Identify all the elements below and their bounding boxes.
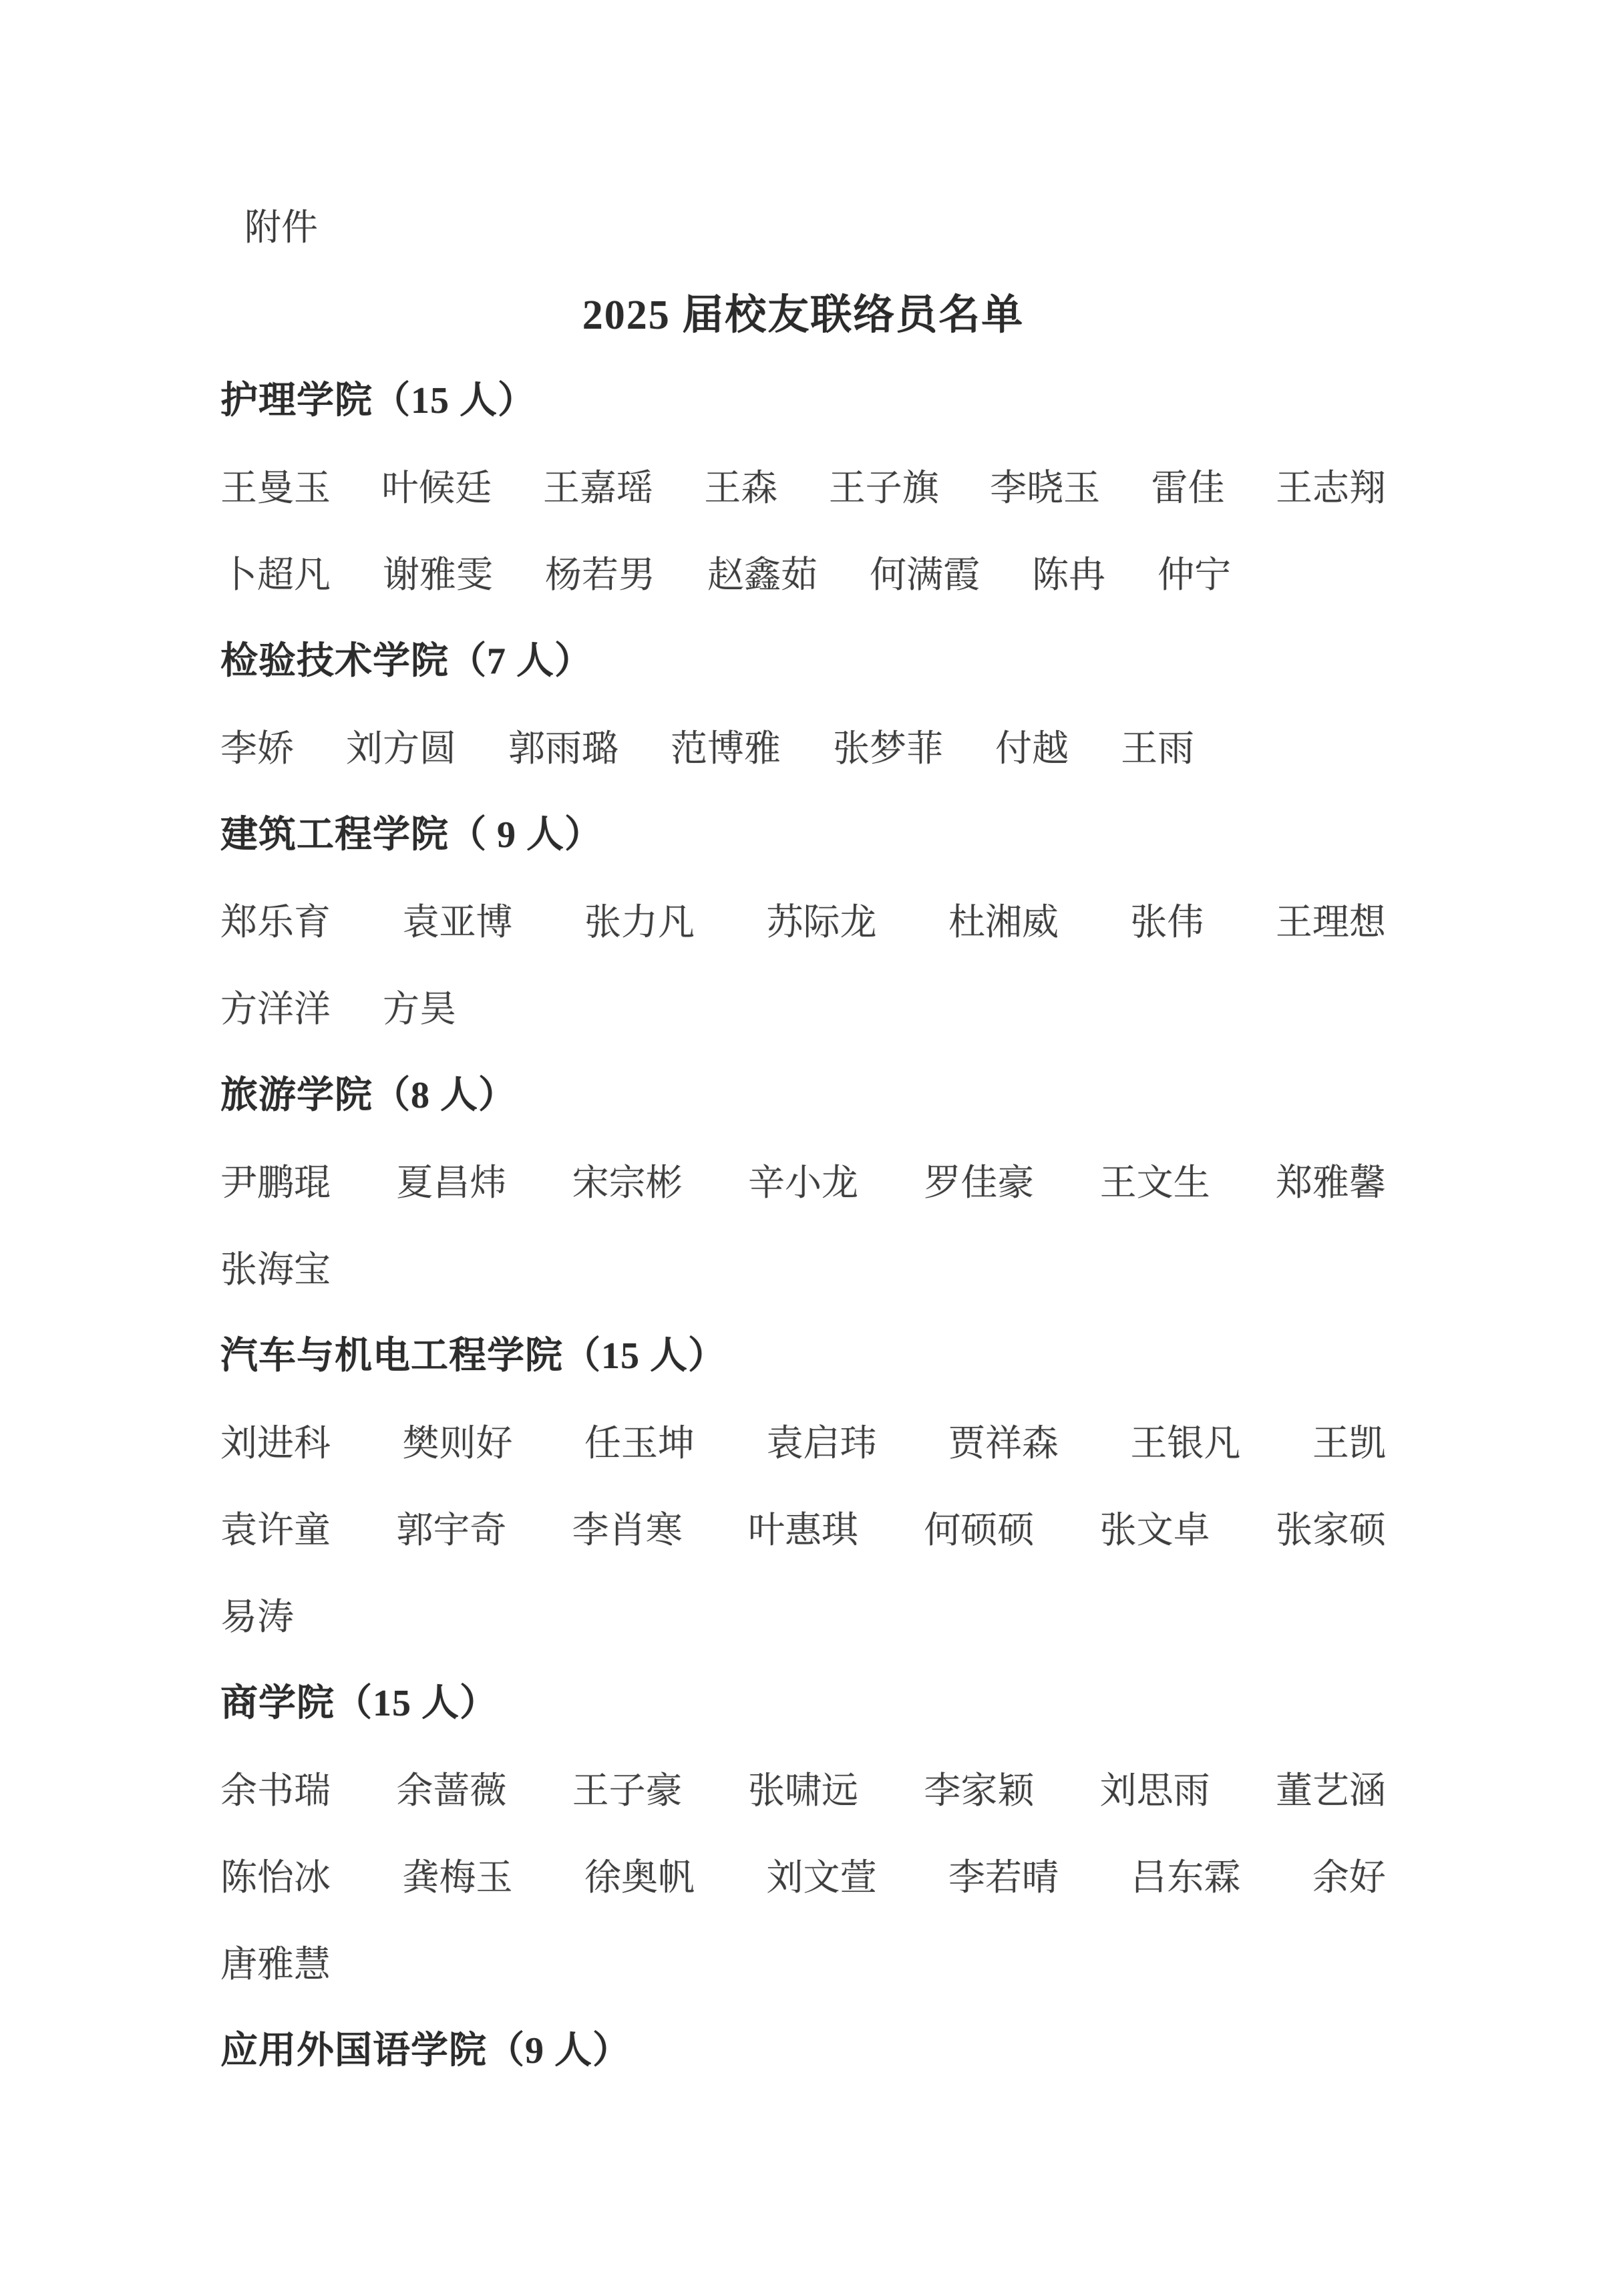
person-name: 郑乐育: [220, 892, 331, 945]
names-row: 刘进科樊则好任玉坤袁启玮贾祥森王银凡王凯: [220, 1414, 1386, 1466]
person-name: 辛小龙: [748, 1153, 858, 1206]
section-heading: 旅游学院（8 人）: [220, 1065, 516, 1119]
person-name: 仲宁: [1157, 545, 1231, 598]
names-row: 尹鹏琨夏昌炜宋宗彬辛小龙罗佳豪王文生郑雅馨: [220, 1153, 1386, 1206]
person-name: 郭宇奇: [396, 1500, 506, 1553]
person-name: 杨若男: [545, 545, 655, 598]
person-name: 何满霞: [870, 545, 980, 598]
title-line: 2025 届校友联络员名单: [220, 267, 1386, 354]
person-name: 赵鑫茹: [707, 545, 818, 598]
person-name: 付越: [995, 719, 1069, 772]
person-name: 陈冉: [1032, 545, 1105, 598]
person-name: 余书瑞: [220, 1761, 331, 1814]
person-name: 刘文萱: [766, 1848, 876, 1901]
person-name: 张力凡: [584, 892, 695, 945]
section-heading: 应用外国语学院（9 人）: [220, 2021, 631, 2074]
person-name: 王子旗: [829, 458, 939, 511]
names-row: 张海宝: [220, 1240, 1386, 1293]
person-name: 易涛: [220, 1587, 294, 1640]
person-name: 袁许童: [220, 1500, 331, 1553]
names-row: 郑乐育袁亚博张力凡苏际龙杜湘威张伟王理想: [220, 892, 1386, 945]
document-page: 附件 2025 届校友联络员名单 护理学院（15 人） 王曼玉叶候廷王嘉瑶王森王…: [0, 0, 1609, 2296]
person-name: 王森: [704, 458, 777, 511]
person-name: 任玉坤: [584, 1414, 695, 1466]
names-row: 余书瑞余蔷薇王子豪张啸远李家颖刘思雨董艺涵: [220, 1761, 1386, 1814]
names-row: 王曼玉叶候廷王嘉瑶王森王子旗李晓玉雷佳王志翔: [220, 458, 1386, 511]
person-name: 夏昌炜: [396, 1153, 506, 1206]
person-name: 李娇: [220, 719, 294, 772]
section-heading: 商学院（15 人）: [220, 1673, 498, 1727]
person-name: 叶惠琪: [748, 1500, 858, 1553]
person-name: 范博雅: [671, 719, 781, 772]
person-name: 王理想: [1276, 892, 1386, 945]
person-name: 刘进科: [220, 1414, 331, 1466]
section-heading-line: 检验技术学院（7 人）: [220, 615, 1386, 701]
person-name: 樊则好: [402, 1414, 512, 1466]
person-name: 张啸远: [748, 1761, 858, 1814]
person-name: 张伟: [1130, 892, 1204, 945]
person-name: 张文卓: [1100, 1500, 1210, 1553]
person-name: 张海宝: [220, 1240, 331, 1293]
person-name: 徐奥帆: [584, 1848, 695, 1901]
person-name: 董艺涵: [1276, 1761, 1386, 1814]
names-row: 唐雅慧: [220, 1935, 1386, 1987]
person-name: 王子豪: [572, 1761, 683, 1814]
person-name: 郭雨璐: [508, 719, 618, 772]
names-row: 陈怡冰龚梅玉徐奥帆刘文萱李若晴吕东霖余好: [220, 1848, 1386, 1901]
person-name: 李肖寒: [572, 1500, 683, 1553]
person-name: 陈怡冰: [220, 1848, 331, 1901]
person-name: 贾祥森: [948, 1414, 1059, 1466]
person-name: 张梦菲: [833, 719, 943, 772]
person-name: 罗佳豪: [924, 1153, 1034, 1206]
person-name: 苏际龙: [766, 892, 876, 945]
section-heading: 建筑工程学院（ 9 人）: [220, 805, 602, 858]
section-heading-line: 汽车与机电工程学院（15 人）: [220, 1309, 1386, 1396]
person-name: 李家颖: [924, 1761, 1034, 1814]
person-name: 方洋洋: [220, 979, 331, 1032]
person-name: 何硕硕: [924, 1500, 1034, 1553]
person-name: 刘方圆: [346, 719, 456, 772]
names-row: 易涛: [220, 1587, 1386, 1640]
section-heading-line: 应用外国语学院（9 人）: [220, 2004, 1386, 2091]
person-name: 刘思雨: [1100, 1761, 1210, 1814]
person-name: 余蔷薇: [396, 1761, 506, 1814]
person-name: 王银凡: [1130, 1414, 1240, 1466]
attachment-line: 附件: [220, 180, 1386, 267]
person-name: 卜超凡: [220, 545, 331, 598]
person-name: 张家硕: [1276, 1500, 1386, 1553]
person-name: 谢雅雯: [383, 545, 493, 598]
section-heading-line: 旅游学院（8 人）: [220, 1049, 1386, 1136]
page-title: 2025 届校友联络员名单: [582, 281, 1025, 341]
person-name: 杜湘威: [948, 892, 1059, 945]
person-name: 王曼玉: [220, 458, 331, 511]
person-name: 袁亚博: [402, 892, 512, 945]
person-name: 李若晴: [948, 1848, 1059, 1901]
attachment-label: 附件: [220, 198, 318, 251]
person-name: 宋宗彬: [572, 1153, 683, 1206]
names-row: 李娇刘方圆郭雨璐范博雅张梦菲付越王雨: [220, 719, 1386, 772]
section-heading: 汽车与机电工程学院（15 人）: [220, 1326, 726, 1379]
names-row: 卜超凡谢雅雯杨若男赵鑫茹何满霞陈冉仲宁: [220, 545, 1386, 598]
person-name: 王雨: [1121, 719, 1194, 772]
person-name: 唐雅慧: [220, 1935, 331, 1987]
person-name: 袁启玮: [766, 1414, 876, 1466]
section-heading-line: 护理学院（15 人）: [220, 354, 1386, 441]
section-heading-line: 建筑工程学院（ 9 人）: [220, 788, 1386, 875]
section-heading: 检验技术学院（7 人）: [220, 631, 592, 685]
person-name: 叶候廷: [381, 458, 492, 511]
person-name: 王嘉瑶: [543, 458, 653, 511]
person-name: 雷佳: [1151, 458, 1225, 511]
person-name: 尹鹏琨: [220, 1153, 331, 1206]
person-name: 郑雅馨: [1276, 1153, 1386, 1206]
person-name: 王文生: [1100, 1153, 1210, 1206]
person-name: 李晓玉: [990, 458, 1100, 511]
person-name: 王志翔: [1276, 458, 1386, 511]
person-name: 余好: [1312, 1848, 1386, 1901]
person-name: 龚梅玉: [402, 1848, 512, 1901]
section-heading: 护理学院（15 人）: [220, 371, 536, 424]
person-name: 吕东霖: [1130, 1848, 1240, 1901]
names-row: 方洋洋方昊: [220, 979, 1386, 1032]
person-name: 王凯: [1312, 1414, 1386, 1466]
section-heading-line: 商学院（15 人）: [220, 1657, 1386, 1744]
names-row: 袁许童郭宇奇李肖寒叶惠琪何硕硕张文卓张家硕: [220, 1500, 1386, 1553]
person-name: 方昊: [383, 979, 456, 1032]
